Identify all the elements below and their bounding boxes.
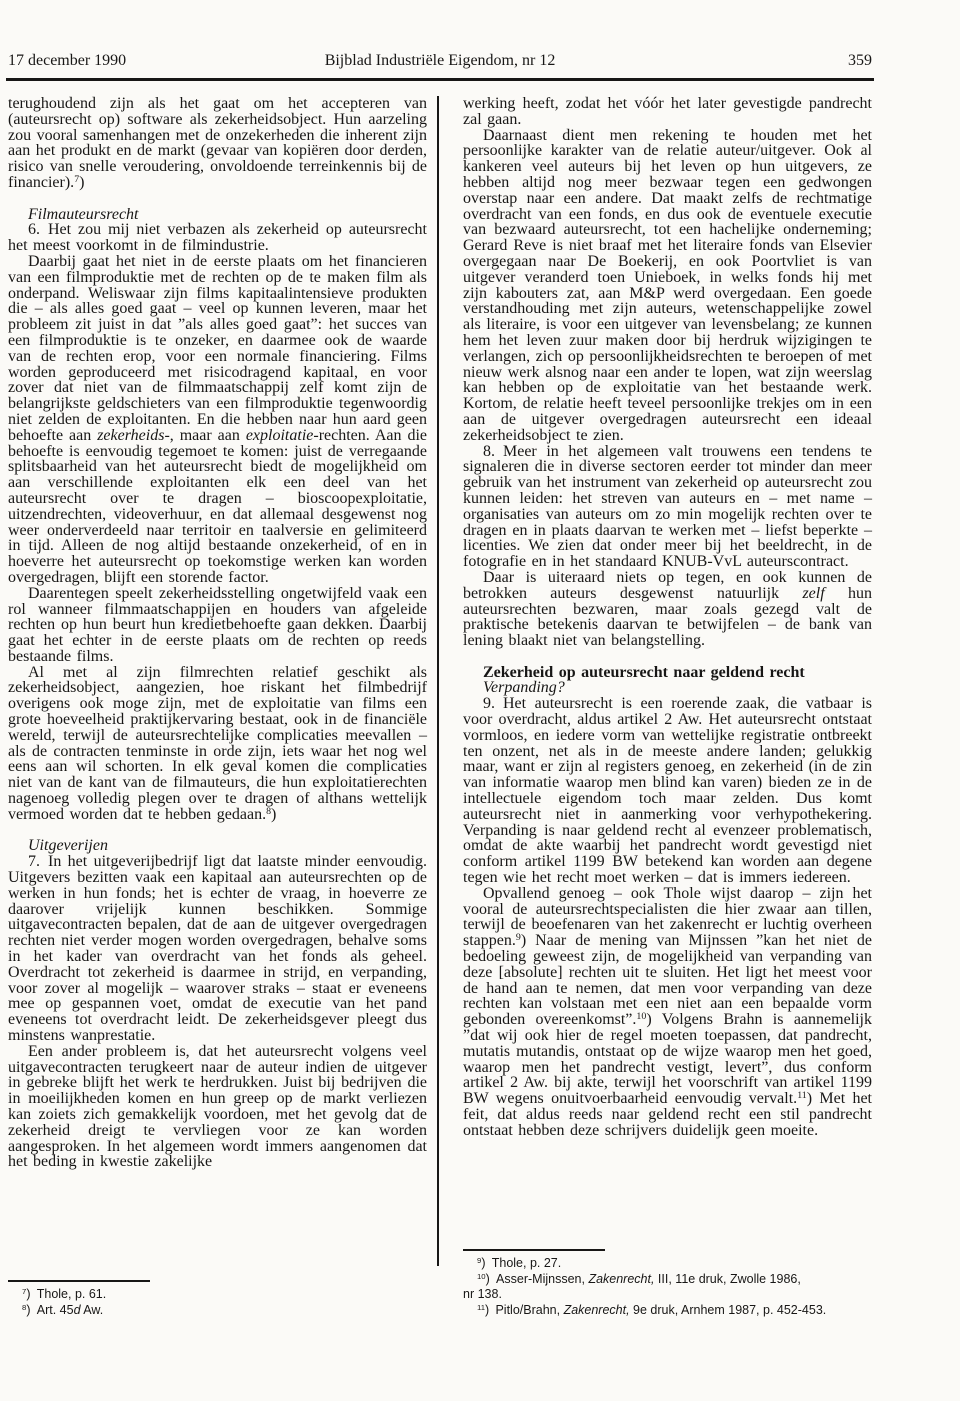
paragraph: 6. Het zou mij niet verbazen als zekerhe… — [8, 222, 427, 254]
footnote: 10) Asser-Mijnssen, Zakenrecht, III, 11e… — [463, 1272, 872, 1303]
scanned-journal-page: 17 december 1990 Bijblad Industriële Eig… — [0, 0, 960, 1401]
footnotes: 9) Thole, p. 27.10) Asser-Mijnssen, Zake… — [463, 1249, 872, 1324]
paragraph: Daar is uiteraard niets op tegen, en ook… — [463, 570, 872, 649]
footnotes: 7) Thole, p. 61.8) Art. 45d Aw. — [8, 1280, 427, 1324]
paragraph: Daarentegen speelt zekerheidsstelling on… — [8, 586, 427, 665]
footnote: 7) Thole, p. 61. — [8, 1287, 427, 1303]
footnote-rule — [8, 1280, 150, 1282]
paragraph: Daarbij gaat het niet in de eerste plaat… — [8, 254, 427, 586]
paragraph: Daarnaast dient men rekening te houden m… — [463, 128, 872, 444]
paragraph: 7. In het uitgeverijbedrijf ligt dat laa… — [8, 854, 427, 1044]
page-header: 17 december 1990 Bijblad Industriële Eig… — [8, 52, 872, 70]
paragraph: 9. Het auteursrecht is een roerende zaak… — [463, 696, 872, 886]
header-journal-title: Bijblad Industriële Eigendom, nr 12 — [8, 52, 872, 70]
column-divider — [437, 96, 439, 1266]
header-rule — [6, 78, 874, 81]
paragraph: Opvallend genoeg – ook Thole wijst daaro… — [463, 886, 872, 1139]
section-heading: Zekerheid op auteursrecht naar geldend r… — [463, 665, 872, 681]
paragraph: terughoudend zijn als het gaat om het ac… — [8, 96, 427, 191]
paragraph: werking heeft, zodat het vóór het later … — [463, 96, 872, 128]
footnote: 8) Art. 45d Aw. — [8, 1303, 427, 1319]
paragraph: 8. Meer in het algemeen valt trouwens ee… — [463, 444, 872, 570]
section-heading: Verpanding? — [463, 680, 872, 696]
right-column: werking heeft, zodat het vóór het later … — [463, 96, 872, 1324]
footnote-rule — [463, 1249, 605, 1251]
paragraph: Een ander probleem is, dat het auteursre… — [8, 1044, 427, 1170]
section-heading: Filmauteursrecht — [8, 207, 427, 223]
footnote: 9) Thole, p. 27. — [463, 1256, 872, 1272]
footnote: 11) Pitlo/Brahn, Zakenrecht, 9e druk, Ar… — [463, 1303, 872, 1319]
section-heading: Uitgeverijen — [8, 838, 427, 854]
left-column: terughoudend zijn als het gaat om het ac… — [8, 96, 427, 1324]
text-columns: terughoudend zijn als het gaat om het ac… — [8, 96, 872, 1324]
paragraph: Al met al zijn filmrechten relatief gesc… — [8, 665, 427, 823]
